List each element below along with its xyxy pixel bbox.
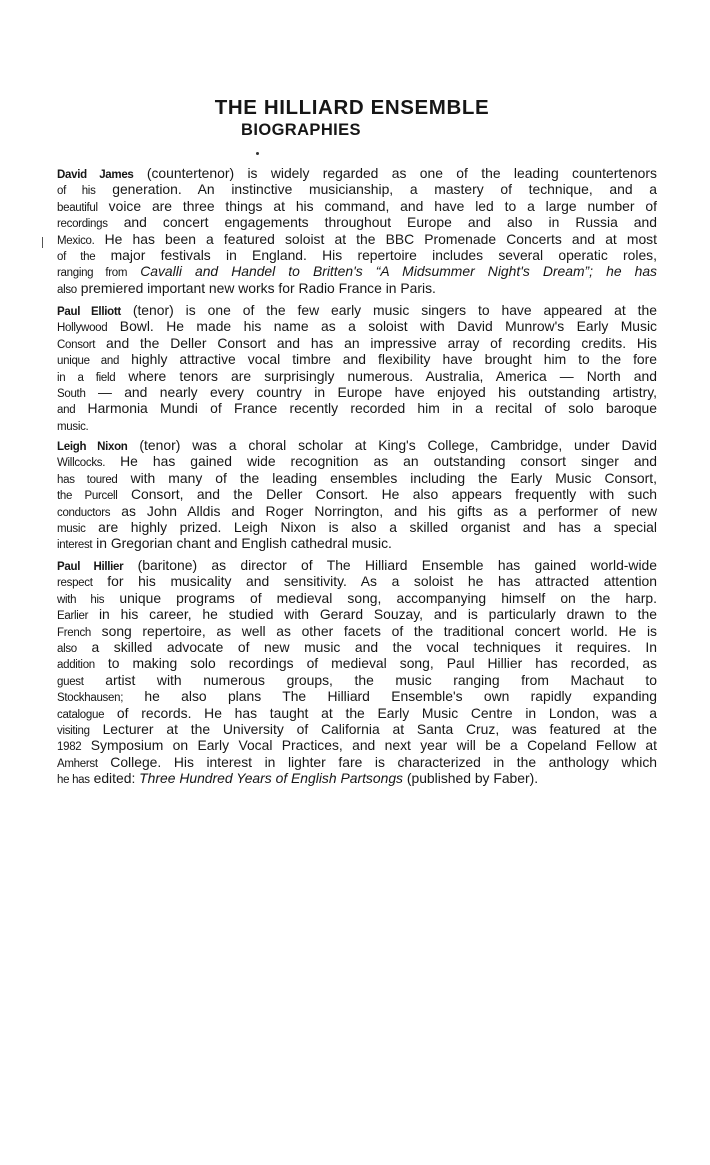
text-line: recordings and concert engagements throu… <box>57 215 657 231</box>
line-lead: the Purcell <box>57 490 118 502</box>
line-text: generation. An instinctive musicianship,… <box>96 181 657 197</box>
line-text: as John Alldis and Roger Norrington, and… <box>110 503 657 519</box>
line-lead: Consort <box>57 339 95 351</box>
bio-name: Paul Hillier <box>57 561 123 573</box>
line-lead: respect <box>57 577 93 589</box>
text-line: also a skilled advocate of new music and… <box>57 640 657 656</box>
line-text: of records. He has taught at the Early M… <box>104 705 657 721</box>
text-line: Paul Hillier (baritone) as director of T… <box>57 558 657 574</box>
line-lead: unique and <box>57 355 119 367</box>
line-lead: in a field <box>57 372 115 384</box>
text-line: beautiful voice are three things at his … <box>57 199 657 215</box>
line-text: Lecturer at the University of California… <box>90 721 657 737</box>
line-text: Bowl. He made his name as a soloist with… <box>107 318 657 334</box>
line-lead: of his <box>57 185 96 197</box>
line-text: where tenors are surprisingly numerous. … <box>115 368 657 384</box>
line-text: are highly prized. Leigh Nixon is also a… <box>86 519 657 535</box>
page-subtitle: BIOGRAPHIES <box>0 121 710 140</box>
text-line: Amherst College. His interest in lighter… <box>57 755 657 771</box>
line-text: (baritone) as director of The Hilliard E… <box>123 557 657 573</box>
page-subtitle-text: BIOGRAPHIES <box>241 121 361 139</box>
line-text: Harmonia Mundi of France recently record… <box>75 400 657 416</box>
line-text: premiered important new works for Radio … <box>77 280 436 296</box>
line-text: College. His interest in lighter fare is… <box>98 754 657 770</box>
line-lead: music. <box>57 421 88 433</box>
line-text: highly attractive vocal timbre and flexi… <box>119 351 657 367</box>
line-text: artist with numerous groups, the music r… <box>84 672 657 688</box>
document-page: THE HILLIARD ENSEMBLE BIOGRAPHIES David … <box>0 0 710 1165</box>
text-line: also premiered important new works for R… <box>57 281 657 297</box>
line-text: for his musicality and sensitivity. As a… <box>93 573 657 589</box>
line-text: Consort, and the Deller Consort. He also… <box>118 486 657 502</box>
line-text: to making solo recordings of medieval so… <box>95 655 657 671</box>
line-lead: South <box>57 388 86 400</box>
line-lead: French <box>57 627 91 639</box>
bio-leigh-nixon: Leigh Nixon (tenor) was a choral scholar… <box>57 438 657 553</box>
line-text: he also plans The Hilliard Ensemble's ow… <box>123 688 657 704</box>
text-line: unique and highly attractive vocal timbr… <box>57 352 657 368</box>
text-line: Hollywood Bowl. He made his name as a so… <box>57 319 657 335</box>
line-lead: music <box>57 523 86 535</box>
line-lead: beautiful <box>57 202 98 214</box>
line-text: He has been a featured soloist at the BB… <box>95 231 657 247</box>
bio-david-james: David James (countertenor) is widely reg… <box>57 166 657 297</box>
text-line: South — and nearly every country in Euro… <box>57 385 657 401</box>
text-line: guest artist with numerous groups, the m… <box>57 673 657 689</box>
text-line: the Purcell Consort, and the Deller Cons… <box>57 487 657 503</box>
bio-name: David James <box>57 169 134 181</box>
text-line: French song repertoire, as well as other… <box>57 624 657 640</box>
text-line: addition to making solo recordings of me… <box>57 656 657 672</box>
text-line: and Harmonia Mundi of France recently re… <box>57 401 657 417</box>
line-text: edited: Three Hundred Years of English P… <box>90 770 538 786</box>
text-line: David James (countertenor) is widely reg… <box>57 166 657 182</box>
line-lead: Hollywood <box>57 322 107 334</box>
line-text: Symposium on Early Vocal Practices, and … <box>81 737 657 753</box>
line-text: He has gained wide recognition as an out… <box>105 453 657 469</box>
text-line: interest in Gregorian chant and English … <box>57 536 657 552</box>
line-lead: Amherst <box>57 758 98 770</box>
text-line: has toured with many of the leading ense… <box>57 471 657 487</box>
line-lead: he has <box>57 774 90 786</box>
line-lead: addition <box>57 659 95 671</box>
line-text: unique programs of medieval song, accomp… <box>104 590 657 606</box>
text-line: in a field where tenors are surprisingly… <box>57 369 657 385</box>
line-text: and concert engagements throughout Europ… <box>108 214 657 230</box>
line-text: major festivals in England. His repertoi… <box>95 247 657 263</box>
line-lead: catalogue <box>57 709 104 721</box>
text-line: Earlier in his career, he studied with G… <box>57 607 657 623</box>
text-line: respect for his musicality and sensitivi… <box>57 574 657 590</box>
line-lead: guest <box>57 676 84 688</box>
line-lead: Earlier <box>57 610 88 622</box>
bio-paul-hillier: Paul Hillier (baritone) as director of T… <box>57 558 657 788</box>
line-text: (tenor) was a choral scholar at King's C… <box>128 437 657 453</box>
text-line: catalogue of records. He has taught at t… <box>57 706 657 722</box>
bio-name: Paul Elliott <box>57 306 121 318</box>
line-text: with many of the leading ensembles inclu… <box>118 470 657 486</box>
line-lead: with his <box>57 594 104 606</box>
text-line: Stockhausen; he also plans The Hilliard … <box>57 689 657 705</box>
line-text: a skilled advocate of new music and the … <box>77 639 657 655</box>
line-text: in Gregorian chant and English cathedral… <box>92 535 392 551</box>
text-line: music. <box>57 418 657 434</box>
bio-name: Leigh Nixon <box>57 441 128 453</box>
line-lead: visiting <box>57 725 90 737</box>
text-line: Willcocks. He has gained wide recognitio… <box>57 454 657 470</box>
text-line: Leigh Nixon (tenor) was a choral scholar… <box>57 438 657 454</box>
text-line: Paul Elliott (tenor) is one of the few e… <box>57 303 657 319</box>
page-title: THE HILLIARD ENSEMBLE <box>0 96 710 120</box>
text-line: conductors as John Alldis and Roger Norr… <box>57 504 657 520</box>
page-title-text: THE HILLIARD ENSEMBLE <box>215 96 490 120</box>
line-text: voice are three things at his command, a… <box>98 198 657 214</box>
line-text: — and nearly every country in Europe hav… <box>86 384 657 400</box>
text-line: he has edited: Three Hundred Years of En… <box>57 771 657 787</box>
text-line: music are highly prized. Leigh Nixon is … <box>57 520 657 536</box>
line-lead: 1982 <box>57 741 81 753</box>
line-lead: also <box>57 643 77 655</box>
line-text: in his career, he studied with Gerard So… <box>88 606 657 622</box>
text-line: of the major festivals in England. His r… <box>57 248 657 264</box>
text-line: ranging from Cavalli and Handel to Britt… <box>57 264 657 280</box>
text-line: Mexico. He has been a featured soloist a… <box>57 232 657 248</box>
text-line: visiting Lecturer at the University of C… <box>57 722 657 738</box>
line-lead: also <box>57 284 77 296</box>
bio-paul-elliott: Paul Elliott (tenor) is one of the few e… <box>57 303 657 434</box>
line-text: (countertenor) is widely regarded as one… <box>134 165 657 181</box>
text-line: Consort and the Deller Consort and has a… <box>57 336 657 352</box>
line-lead: has toured <box>57 474 118 486</box>
speck-mark <box>256 152 259 155</box>
line-text: (tenor) is one of the few early music si… <box>121 302 657 318</box>
line-lead: interest <box>57 539 92 551</box>
text-line: 1982 Symposium on Early Vocal Practices,… <box>57 738 657 754</box>
line-text: song repertoire, as well as other facets… <box>91 623 657 639</box>
line-lead: of the <box>57 251 95 263</box>
line-lead: conductors <box>57 507 110 519</box>
line-lead: Mexico. <box>57 235 95 247</box>
line-lead: Willcocks. <box>57 457 105 469</box>
line-text: Cavalli and Handel to Britten's “A Midsu… <box>127 263 657 279</box>
line-text: and the Deller Consort and has an impres… <box>95 335 657 351</box>
text-line: with his unique programs of medieval son… <box>57 591 657 607</box>
line-lead: and <box>57 404 75 416</box>
line-lead: recordings <box>57 218 108 230</box>
margin-mark <box>42 237 43 248</box>
line-lead: Stockhausen; <box>57 692 123 704</box>
text-line: of his generation. An instinctive musici… <box>57 182 657 198</box>
line-lead: ranging from <box>57 267 127 279</box>
